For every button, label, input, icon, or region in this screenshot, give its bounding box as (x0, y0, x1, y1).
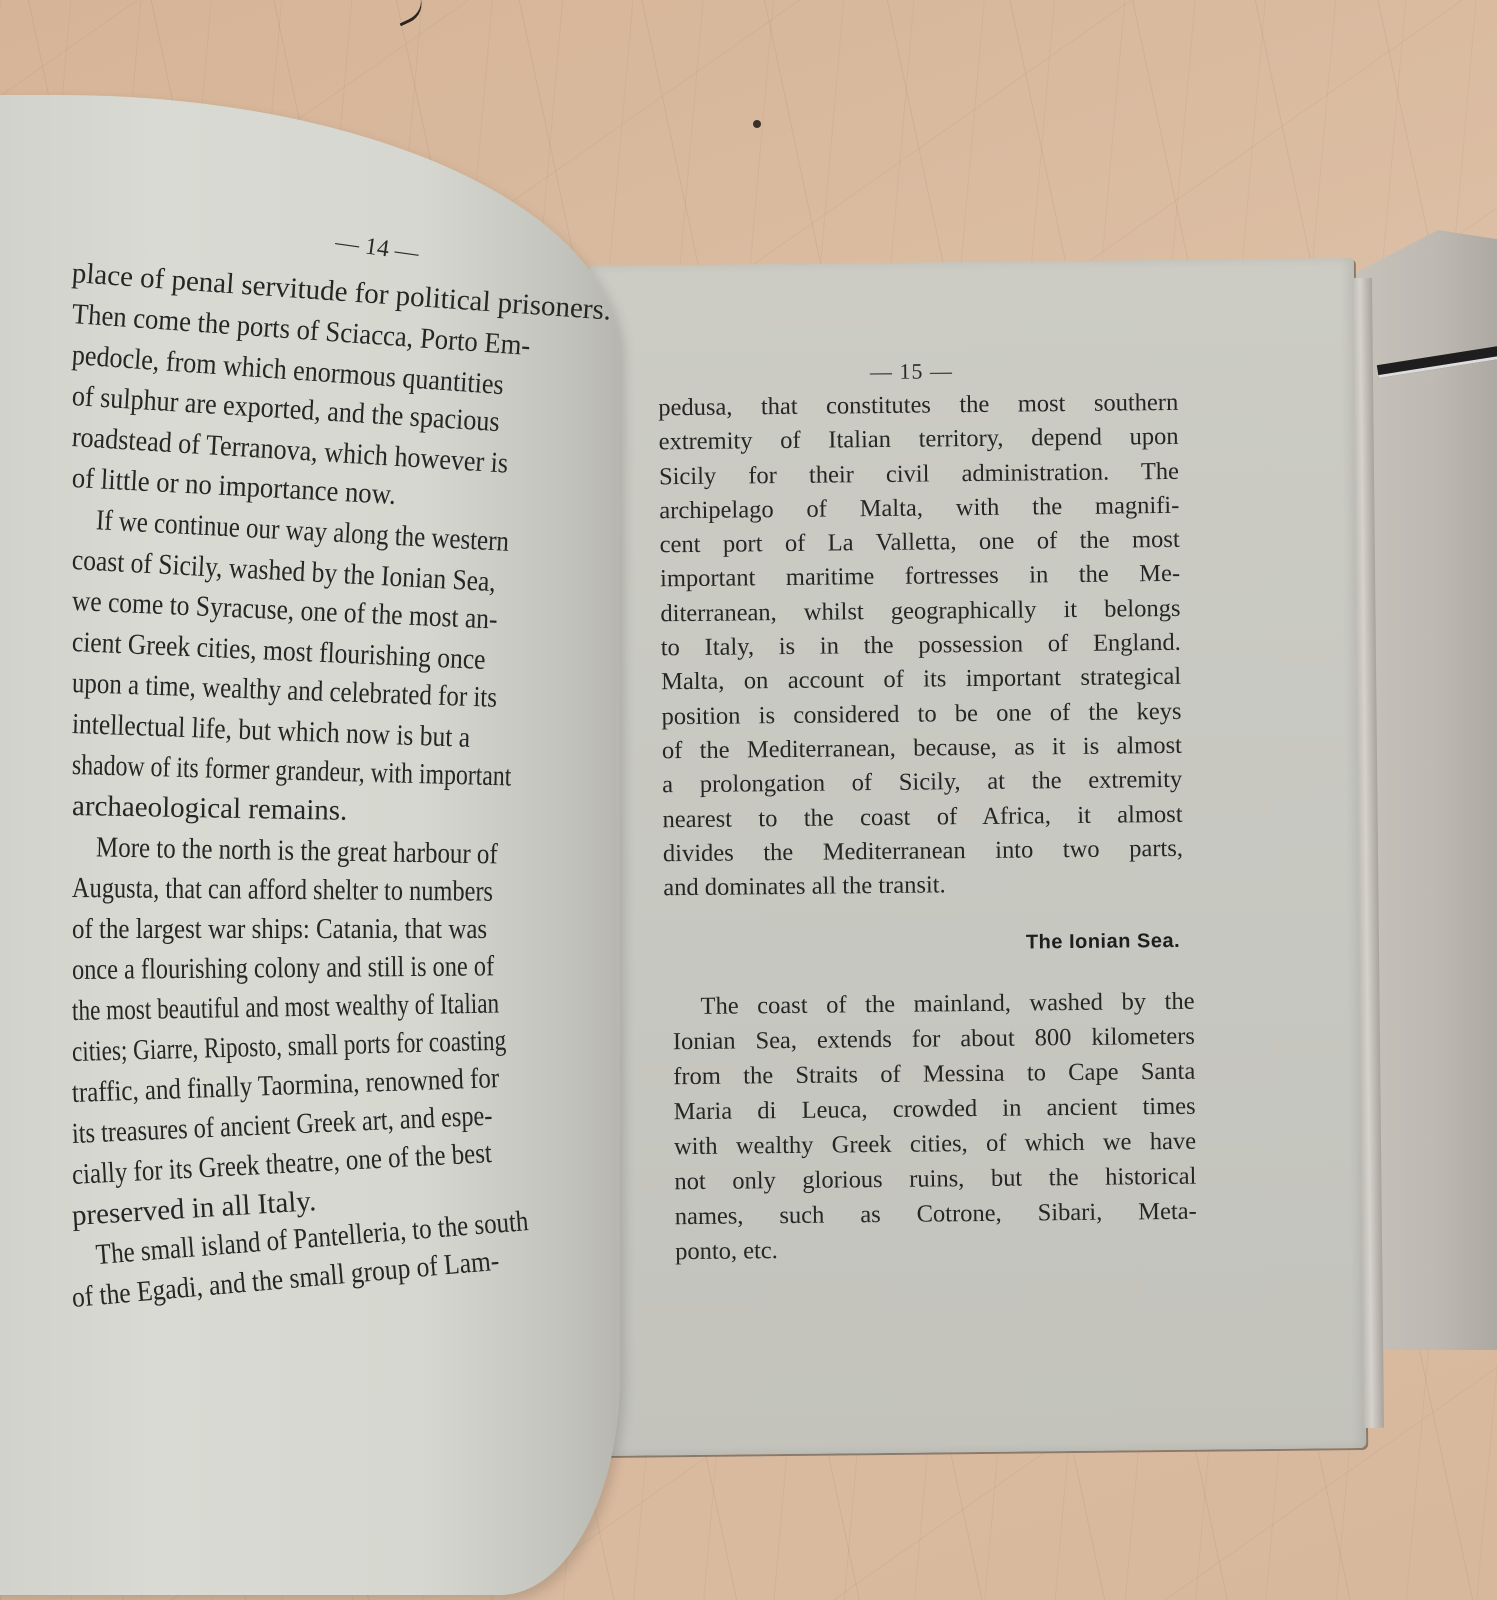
text-line: pedusa, that constitutes the most southe… (658, 386, 1178, 426)
text-line: Ionian Sea, extends for about 800 kilome… (673, 1019, 1195, 1059)
text-line: names, such as Cotrone, Sibari, Meta- (675, 1194, 1197, 1234)
text-line: from the Straits of Messina to Cape Sant… (673, 1054, 1195, 1094)
surface-dot (753, 120, 761, 128)
text-line: a prolongation of Sicily, at the extremi… (662, 763, 1182, 803)
section-heading: The Ionian Sea. (1026, 930, 1180, 955)
page-number-15: — 15 — (870, 358, 953, 385)
text-line: nearest to the coast of Africa, it almos… (662, 797, 1182, 837)
text-line: The coast of the mainland, washed by the (672, 984, 1194, 1024)
text-line: Augusta, that can afford shelter to numb… (72, 868, 509, 913)
text-line: important maritime fortresses in the Me- (660, 557, 1180, 597)
text-line: with wealthy Greek cities, of which we h… (674, 1124, 1196, 1164)
text-line: cent port of La Valletta, one of the mos… (660, 523, 1180, 563)
text-line: and dominates all the transit. (663, 866, 1183, 906)
text-line: diterranean, whilst geographically it be… (660, 592, 1180, 632)
text-line: not only glorious ruins, but the histori… (674, 1159, 1196, 1199)
text-line: ponto, etc. (675, 1229, 1197, 1269)
text-line: position is considered to be one of the … (661, 695, 1181, 735)
text-line: Maria di Leuca, crowded in ancient times (673, 1089, 1195, 1129)
right-page-paragraph-2: The coast of the mainland, washed by the… (672, 984, 1197, 1269)
text-line: to Italy, is in the possession of Englan… (661, 626, 1181, 666)
text-line: Sicily for their civil administration. T… (659, 454, 1179, 494)
text-line: extremity of Italian territory, depend u… (658, 420, 1178, 460)
right-page: — 15 — pedusa, that constitutes the most… (589, 258, 1366, 1456)
text-line: archipelago of Malta, with the magnifi- (659, 489, 1179, 529)
left-page: — 14 — place of penal servitude for poli… (0, 95, 620, 1595)
text-line: Malta, on account of its important strat… (661, 660, 1181, 700)
text-line: divides the Mediterranean into two parts… (663, 832, 1183, 872)
right-page-paragraph-1: pedusa, that constitutes the most southe… (658, 386, 1183, 906)
text-line: of the largest war ships: Catania, that … (72, 909, 519, 950)
text-line: of the Mediterranean, because, as it is … (662, 729, 1182, 769)
left-page-text: place of penal servitude for political p… (72, 253, 592, 1319)
